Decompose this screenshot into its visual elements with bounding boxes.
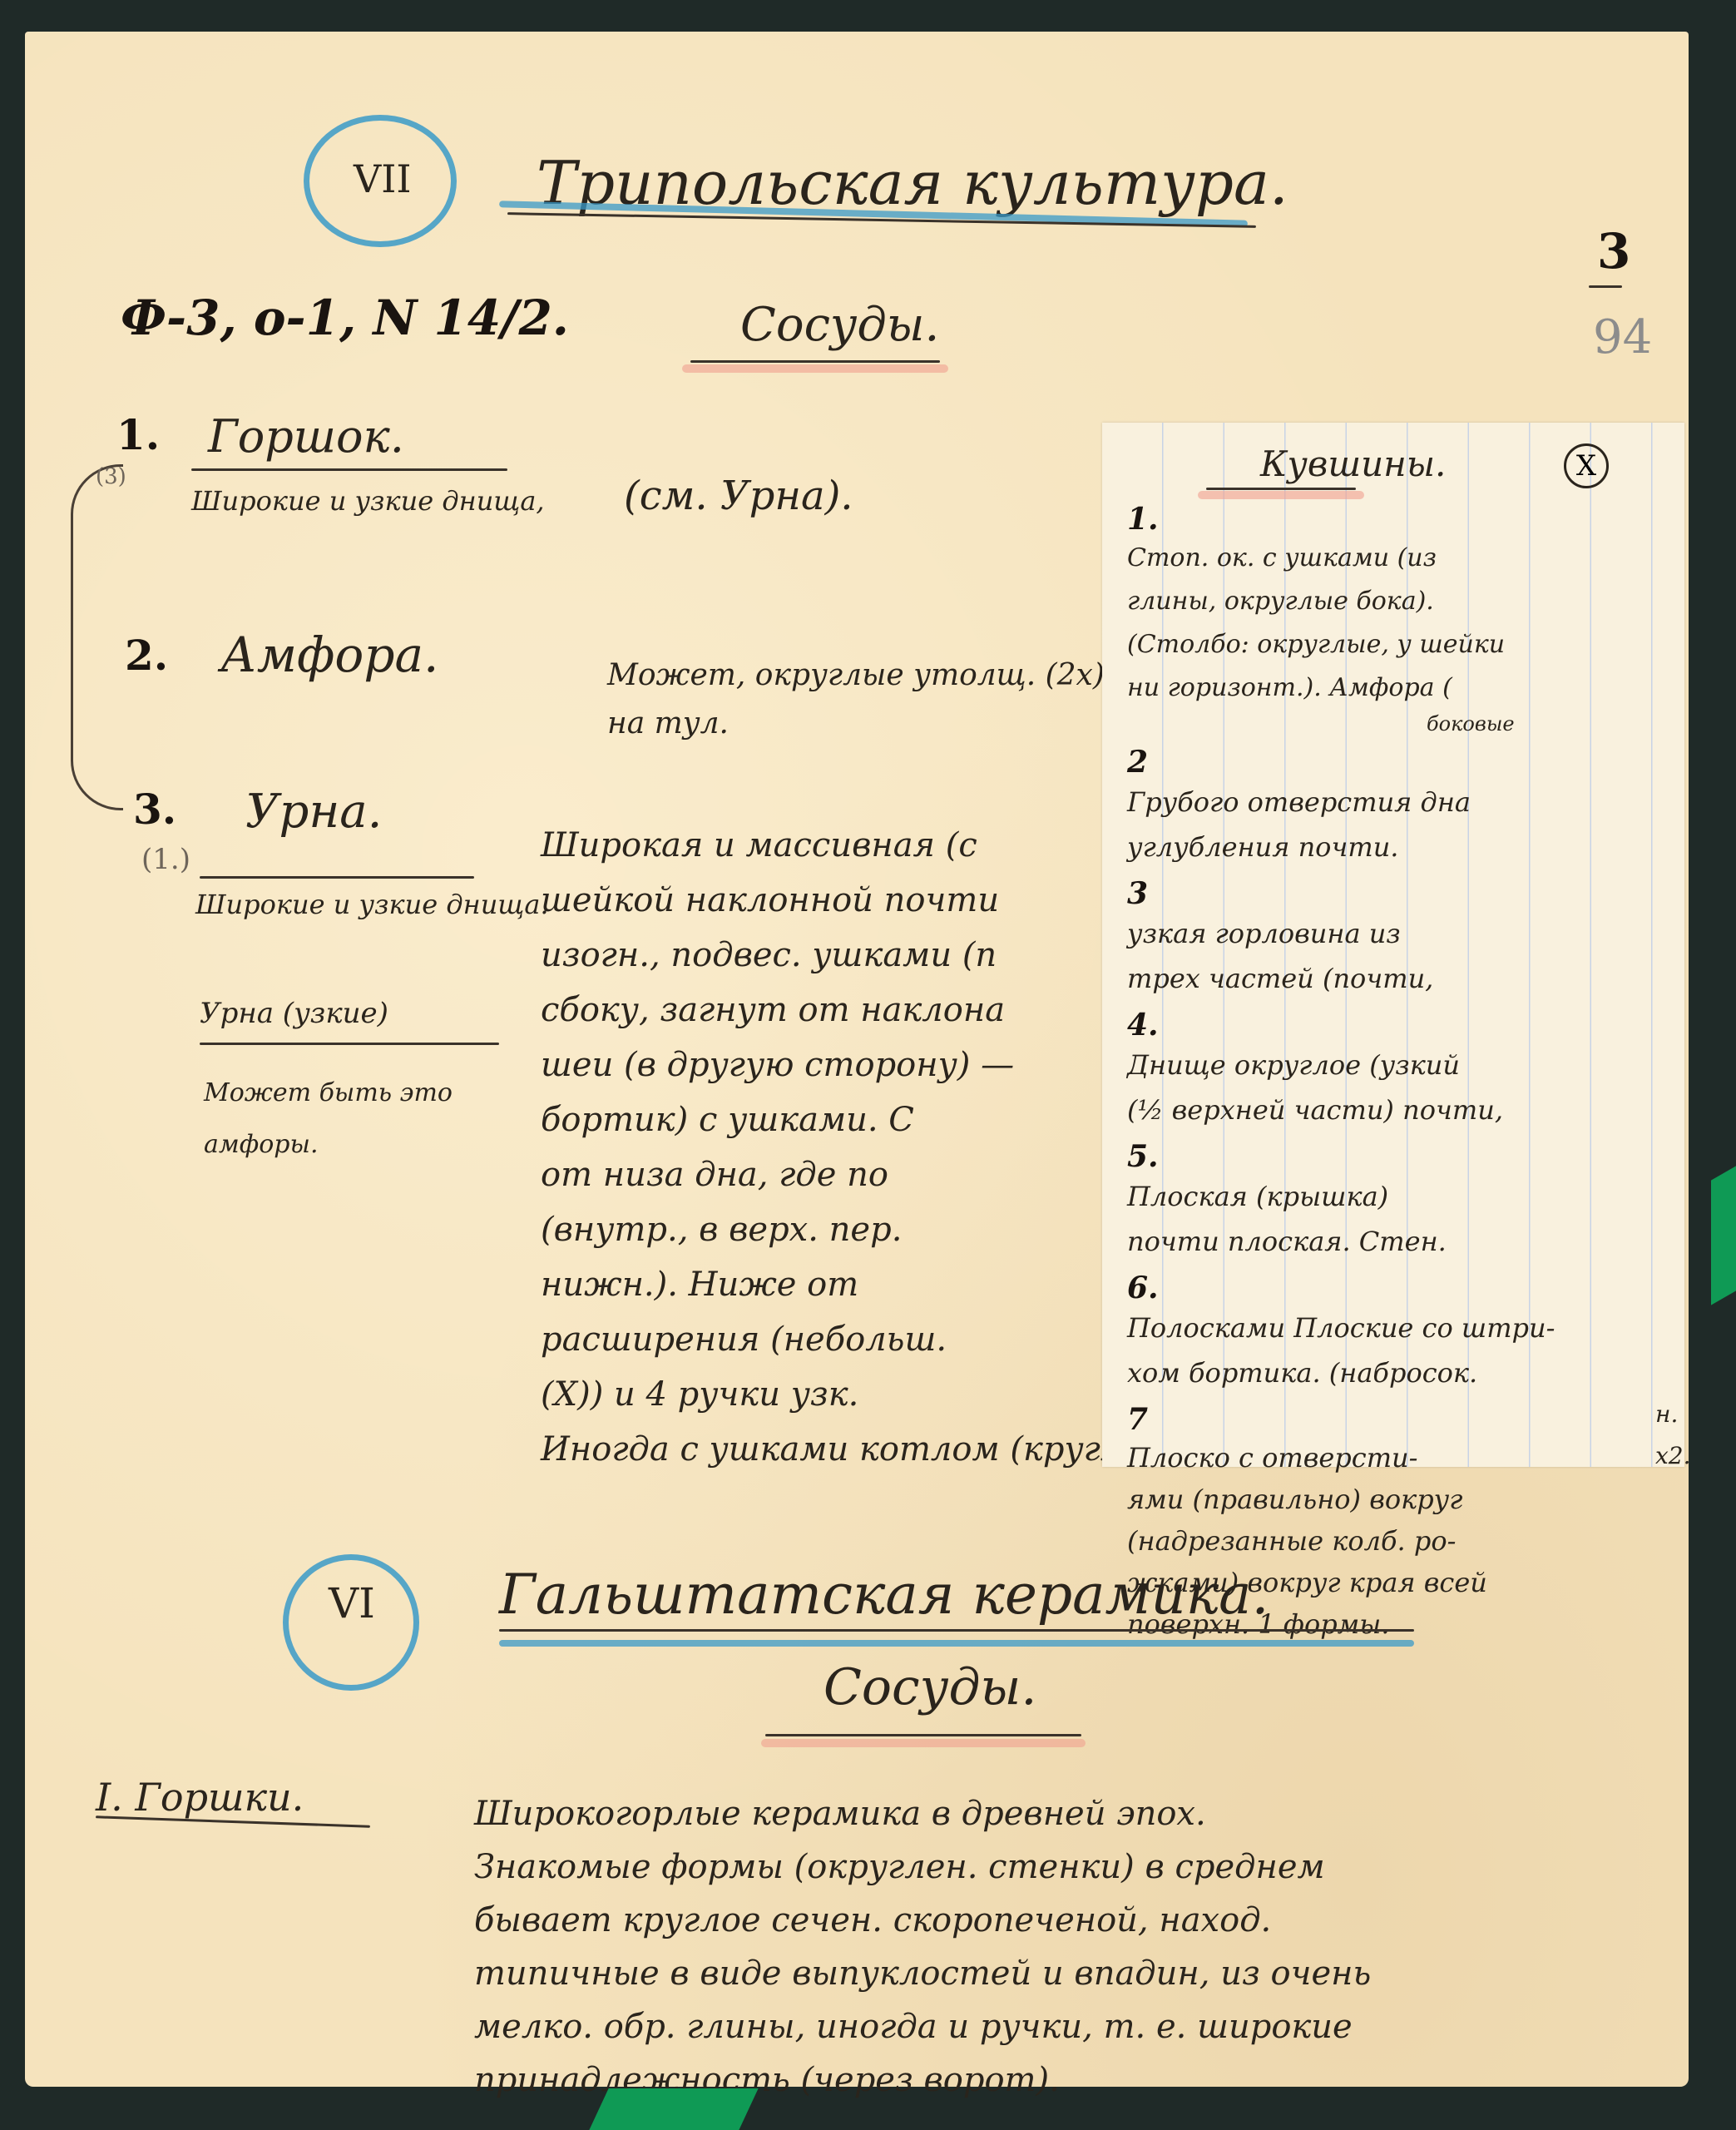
section-vi-title: Гальштатская керамика.: [499, 1563, 1269, 1627]
section-vi-paragraph-line: бывает круглое сечен. скоропеченой, нахо…: [474, 1894, 1689, 1947]
note-item-line: (½ верхней части) почти,: [1127, 1087, 1684, 1132]
item-3-extra-title: Урна (узкие): [200, 997, 388, 1030]
note-item-line: почти плоская. Стен.: [1127, 1219, 1684, 1264]
item-1-underline: [191, 468, 507, 471]
section-vi-numeral: VI: [329, 1579, 375, 1627]
note-item-line: узкая горловина из: [1127, 911, 1684, 956]
folio-number-pencil: 94: [1593, 310, 1652, 364]
note-item-line: (Столбо: округлые, у шейки: [1127, 623, 1684, 666]
section-vi-ink-underline: [499, 1629, 1414, 1632]
paragraph-2-line: изогн., подвес. ушками (п: [541, 928, 1123, 983]
note-item-line: глины, округлые бока).: [1127, 580, 1684, 623]
subtitle-red-underline: [682, 364, 948, 373]
note-items: 1. Стоп. ок. с ушками (из глины, округлы…: [1127, 502, 1684, 1645]
item-2-name: Амфора.: [220, 627, 438, 683]
paragraph-2-line: бортик) с ушками. С: [541, 1092, 1123, 1147]
paragraph-2-line: (X)) и 4 ручки узк.: [541, 1367, 1123, 1422]
item-3-subnumber: (1.): [141, 843, 190, 876]
note-item-line: Плоская (крышка): [1127, 1174, 1684, 1219]
note-item-number: 5.: [1127, 1139, 1159, 1174]
green-archive-tab: [589, 2088, 758, 2130]
document-sheet: 3 94 VII Трипольская культура. Ф-3, о-1,…: [25, 32, 1689, 2087]
margin-fragment: н.: [1655, 1400, 1678, 1428]
note-item-line: Полосками Плоские со штри-: [1127, 1305, 1684, 1350]
note-item-line: углубления почти.: [1127, 825, 1684, 869]
section-vi-paragraph-line: типичные в виде выпуклостей и впадин, из…: [474, 1947, 1689, 2000]
note-item-line: ями (правильно) вокруг: [1127, 1479, 1684, 1520]
note-item-line: Плоско с отверсти-: [1127, 1437, 1684, 1479]
paragraph-1: Может, округлые утолщ. (2х) на тул.: [607, 651, 1106, 748]
item-1-name: Горшок.: [208, 410, 404, 463]
note-item-4: 4. Днище округлое (узкий (½ верхней част…: [1127, 1008, 1684, 1132]
section-vi-subtitle-red-underline: [761, 1739, 1086, 1747]
paragraph-2-line: (внутр., в верх. пер.: [541, 1202, 1123, 1257]
pasted-note-slip: Кувшины. X 1. Стоп. ок. с ушками (из гли…: [1102, 423, 1684, 1467]
section-vi-paragraph-line: Широкогорлые керамика в древней эпох.: [474, 1787, 1689, 1840]
see-urn-reference: (см. Урна).: [624, 473, 853, 519]
section-vii-subtitle: Сосуды.: [740, 298, 939, 352]
section-vi-subtitle-ink-underline: [765, 1734, 1081, 1736]
paragraph-2: Широкая и массивная (с шейкой наклонной …: [541, 818, 1123, 1477]
note-item-3: 3 узкая горловина из трех частей (почти,: [1127, 876, 1684, 1001]
archive-reference: Ф-3, о-1, N 14/2.: [121, 290, 569, 346]
note-item-number: 6.: [1127, 1271, 1159, 1305]
note-item-number: 7: [1127, 1402, 1148, 1437]
section-vii-numeral: VII: [354, 156, 412, 201]
note-item-line: боковые: [1127, 710, 1684, 738]
note-item-number: 1.: [1127, 502, 1159, 537]
note-item-6: 6. Полосками Плоские со штри- хом бортик…: [1127, 1271, 1684, 1395]
section-vi-paragraph-line: мелко. обр. глины, иногда и ручки, т. е.…: [474, 2000, 1689, 2053]
item-2-number: 2.: [125, 631, 168, 680]
paragraph-2-line: от низа дна, где по: [541, 1147, 1123, 1202]
note-title-red-underline: [1198, 491, 1364, 499]
subtitle-ink-underline: [690, 360, 940, 363]
folio-underline: [1589, 285, 1622, 288]
item-3-name: Урна.: [245, 785, 382, 839]
note-item-2: 2 Грубого отверстия дна углубления почти…: [1127, 745, 1684, 869]
grouping-bracket: [71, 464, 123, 810]
section-vi-paragraph-line: Знакомые формы (округлен. стенки) в сред…: [474, 1840, 1689, 1894]
note-item-number: 3: [1127, 876, 1148, 911]
item-3-extra-text: Может быть это амфоры.: [204, 1067, 503, 1171]
paragraph-2-line: шейкой наклонной почти: [541, 873, 1123, 928]
section-vi-paragraph: Широкогорлые керамика в древней эпох. Зн…: [474, 1787, 1689, 2107]
paragraph-2-line: сбоку, загнут от наклона: [541, 983, 1123, 1038]
section-vi-subtitle: Сосуды.: [823, 1658, 1036, 1716]
note-item-line: трех частей (почти,: [1127, 956, 1684, 1001]
item-1-description: Широкие и узкие днища,: [191, 485, 545, 517]
item-3-extra-underline: [200, 1043, 499, 1045]
section-vi-blue-underline: [499, 1640, 1414, 1647]
item-1-number: 1.: [116, 410, 160, 459]
folio-number: 3: [1597, 223, 1630, 280]
note-title-underline: [1206, 488, 1356, 490]
note-item-line: хом бортика. (набросок.: [1127, 1350, 1684, 1395]
note-item-5: 5. Плоская (крышка) почти плоская. Стен.: [1127, 1139, 1684, 1264]
item-1-subnumber: (3): [96, 464, 126, 489]
note-title: Кувшины.: [1260, 443, 1446, 484]
margin-fragment: х2.: [1655, 1442, 1691, 1469]
item-3-number: 3.: [133, 785, 176, 834]
note-item-line: ни горизонт.). Амфора (: [1127, 666, 1684, 710]
paragraph-2-line: расширения (небольш.: [541, 1312, 1123, 1367]
note-item-number: 2: [1127, 745, 1148, 780]
item-3-description: Широкие и узкие днища.: [195, 889, 549, 920]
note-item-1: 1. Стоп. ок. с ушками (из глины, округлы…: [1127, 502, 1684, 738]
note-item-line: (надрезанные колб. ро-: [1127, 1520, 1684, 1562]
paragraph-2-line: нижн.). Ниже от: [541, 1257, 1123, 1312]
section-vi-item-label: I. Горшки.: [96, 1775, 304, 1820]
note-item-line: Стоп. ок. с ушками (из: [1127, 537, 1684, 580]
note-x-mark: X: [1564, 443, 1609, 488]
note-item-line: Днище округлое (узкий: [1127, 1043, 1684, 1087]
green-archive-tab: [1711, 1166, 1736, 1305]
item-3-underline: [200, 876, 474, 879]
paragraph-2-line: Широкая и массивная (с: [541, 818, 1123, 873]
note-item-number: 4.: [1127, 1008, 1159, 1043]
paragraph-2-line: шеи (в другую сторону) —: [541, 1038, 1123, 1092]
note-item-line: Грубого отверстия дна: [1127, 780, 1684, 825]
